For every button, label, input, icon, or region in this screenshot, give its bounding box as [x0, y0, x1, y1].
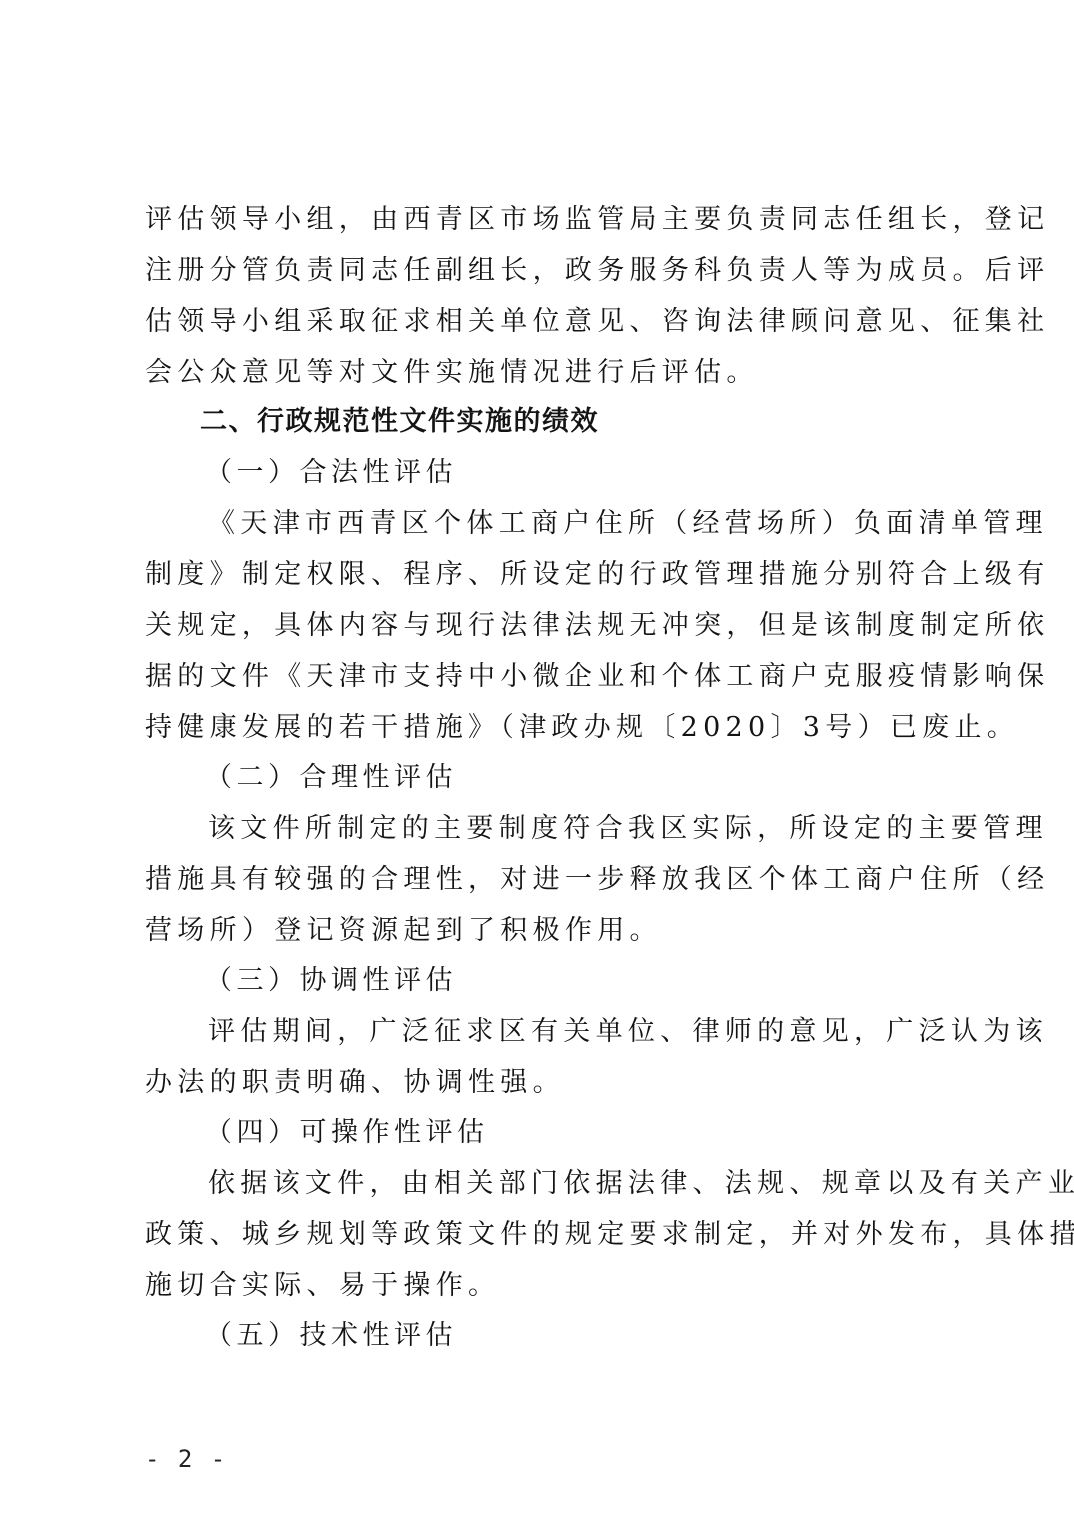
document-page: 评估领导小组，由西青区市场监管局主要负责同志任组长，登记 注册分管负责同志任副组… [0, 0, 1074, 1520]
paragraph-line: 施切合实际、易于操作。 [145, 1266, 925, 1306]
paragraph-line: 关规定，具体内容与现行法律法规无冲突，但是该制度制定所依 [145, 606, 925, 646]
subsection-heading-legality: （一）合法性评估 [205, 453, 985, 493]
subsection-heading-operability: （四）可操作性评估 [205, 1113, 985, 1153]
paragraph-line: 注册分管负责同志任副组长，政务服务科负责人等为成员。后评 [145, 251, 925, 291]
subsection-heading-rationality: （二）合理性评估 [205, 758, 985, 798]
paragraph-line: 制度》制定权限、程序、所设定的行政管理措施分别符合上级有 [145, 555, 925, 595]
paragraph-line: 评估领导小组，由西青区市场监管局主要负责同志任组长，登记 [145, 200, 925, 240]
paragraph-line: 估领导小组采取征求相关单位意见、咨询法律顾问意见、征集社 [145, 302, 925, 342]
page-number: - 2 - [145, 1444, 227, 1474]
paragraph-line: 依据该文件，由相关部门依据法律、法规、规章以及有关产业 [208, 1164, 928, 1204]
paragraph-line: 该文件所制定的主要制度符合我区实际，所设定的主要管理 [208, 809, 928, 849]
subsection-heading-technical: （五）技术性评估 [205, 1316, 985, 1356]
paragraph-line: 评估期间，广泛征求区有关单位、律师的意见，广泛认为该 [208, 1012, 928, 1052]
subsection-heading-coordination: （三）协调性评估 [205, 961, 985, 1001]
paragraph-line: 《天津市西青区个体工商户住所（经营场所）负面清单管理 [208, 504, 928, 544]
section-heading: 二、行政规范性文件实施的绩效 [200, 402, 980, 442]
paragraph-line: 办法的职责明确、协调性强。 [145, 1063, 925, 1103]
paragraph-line: 据的文件《天津市支持中小微企业和个体工商户克服疫情影响保 [145, 657, 925, 697]
paragraph-line: 会公众意见等对文件实施情况进行后评估。 [145, 353, 925, 393]
paragraph-line: 持健康发展的若干措施》（津政办规〔2020〕3号）已废止。 [145, 708, 925, 748]
paragraph-line: 政策、城乡规划等政策文件的规定要求制定，并对外发布，具体措 [145, 1215, 925, 1255]
paragraph-line: 营场所）登记资源起到了积极作用。 [145, 911, 925, 951]
paragraph-line: 措施具有较强的合理性，对进一步释放我区个体工商户住所（经 [145, 860, 925, 900]
